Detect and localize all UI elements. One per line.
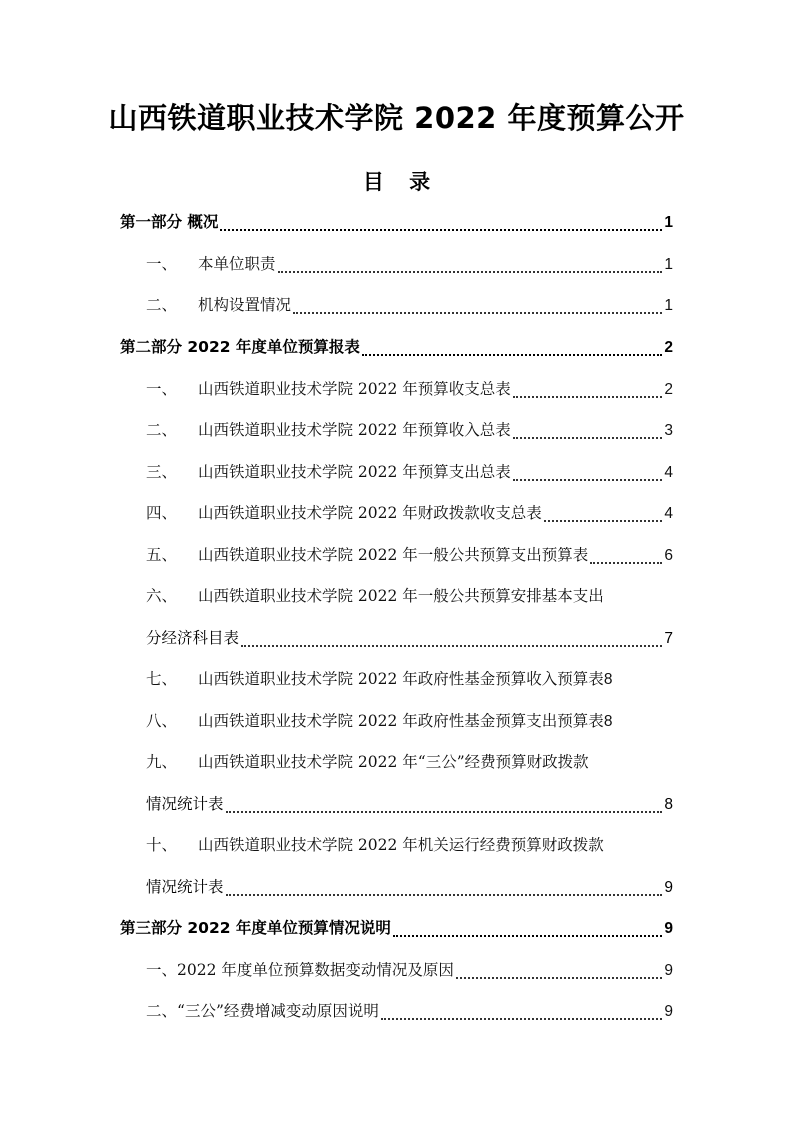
toc-leader-dots	[278, 270, 663, 273]
toc-leader-dots	[590, 561, 662, 564]
toc-entry-p2-item10[interactable]: 十、 山西铁道职业技术学院 2022 年机关运行经费预算财政拨款	[146, 833, 673, 861]
toc-page-number: 2	[664, 381, 673, 399]
toc-entry-number: 二、	[146, 999, 177, 1021]
toc-page-number: 9	[664, 920, 673, 938]
toc-page-number: 8	[604, 671, 613, 689]
toc-entry-text: 山西铁道职业技术学院 2022 年一般公共预算安排基本支出	[198, 584, 604, 606]
toc-entry-p3-item1[interactable]: 一、 2022 年度单位预算数据变动情况及原因 9	[146, 958, 673, 986]
toc-entry-number: 九、	[146, 750, 198, 772]
toc-page-number: 4	[664, 464, 673, 482]
toc-page-number: 8	[664, 796, 673, 814]
toc-entry-p3-item2[interactable]: 二、 “三公”经费增减变动原因说明 9	[146, 999, 673, 1027]
toc-entry-p2-item6[interactable]: 六、 山西铁道职业技术学院 2022 年一般公共预算安排基本支出	[146, 584, 673, 612]
toc-entry-p1-item1[interactable]: 一、 本单位职责 1	[146, 252, 673, 280]
toc-leader-dots	[226, 810, 663, 813]
document-page: 山西铁道职业技术学院 2022 年度预算公开 目 录 第一部分 概况 1 一、 …	[0, 0, 793, 1122]
toc-page-number: 1	[664, 256, 673, 274]
toc-entry-p2-item6-cont[interactable]: 分经济科目表 7	[146, 626, 673, 654]
toc-entry-number: 四、	[146, 501, 198, 523]
toc-entry-text: 机构设置情况	[198, 293, 291, 315]
toc-leader-dots	[544, 519, 663, 522]
toc-entry-text: 山西铁道职业技术学院 2022 年预算支出总表	[198, 460, 511, 482]
toc-leader-dots	[513, 478, 663, 481]
toc-entry-text: 山西铁道职业技术学院 2022 年预算收支总表	[198, 377, 511, 399]
toc-leader-dots	[220, 228, 662, 231]
toc-page-number: 1	[664, 214, 673, 232]
toc-entry-p1-item2[interactable]: 二、 机构设置情况 1	[146, 293, 673, 321]
toc-entry-text: 情况统计表	[146, 875, 224, 897]
toc-entry-number: 一、	[146, 252, 198, 274]
toc-entry-p2-item9[interactable]: 九、 山西铁道职业技术学院 2022 年“三公”经费预算财政拨款	[146, 750, 673, 778]
toc-heading: 目 录	[0, 166, 793, 196]
toc-entry-part3[interactable]: 第三部分 2022 年度单位预算情况说明 9	[120, 916, 673, 944]
toc-leader-dots	[362, 353, 662, 356]
toc-leader-dots	[393, 934, 662, 937]
toc-page-number: 3	[664, 422, 673, 440]
toc-entry-p2-item2[interactable]: 二、 山西铁道职业技术学院 2022 年预算收入总表 3	[146, 418, 673, 446]
toc-leader-dots	[456, 976, 662, 979]
toc-entry-p2-item7[interactable]: 七、 山西铁道职业技术学院 2022 年政府性基金预算收入预算表 8	[146, 667, 673, 695]
toc-entry-part1[interactable]: 第一部分 概况 1	[120, 210, 673, 238]
toc-entry-p2-item8[interactable]: 八、 山西铁道职业技术学院 2022 年政府性基金预算支出预算表 8	[146, 709, 673, 737]
toc-entry-number: 十、	[146, 833, 198, 855]
toc-entry-text: 山西铁道职业技术学院 2022 年“三公”经费预算财政拨款	[198, 750, 589, 772]
toc-entry-text: “三公”经费增减变动原因说明	[177, 999, 379, 1021]
toc-entry-text: 分经济科目表	[146, 626, 239, 648]
toc-page-number: 1	[664, 297, 673, 315]
toc-entry-text: 山西铁道职业技术学院 2022 年政府性基金预算收入预算表	[198, 667, 604, 689]
toc-page-number: 2	[664, 339, 673, 357]
toc-leader-dots	[226, 893, 663, 896]
toc-entry-text: 第三部分 2022 年度单位预算情况说明	[120, 916, 391, 938]
toc-entry-number: 七、	[146, 667, 198, 689]
toc-entry-number: 六、	[146, 584, 198, 606]
toc-entry-p2-item1[interactable]: 一、 山西铁道职业技术学院 2022 年预算收支总表 2	[146, 377, 673, 405]
toc-entry-text: 山西铁道职业技术学院 2022 年政府性基金预算支出预算表	[198, 709, 604, 731]
toc-entry-number: 五、	[146, 543, 198, 565]
toc-entry-part2[interactable]: 第二部分 2022 年度单位预算报表 2	[120, 335, 673, 363]
toc-leader-dots	[241, 644, 662, 647]
document-title: 山西铁道职业技术学院 2022 年度预算公开	[0, 96, 793, 137]
toc-entry-p2-item9-cont[interactable]: 情况统计表 8	[146, 792, 673, 820]
toc-entry-text: 第一部分 概况	[120, 210, 218, 232]
toc-entry-text: 山西铁道职业技术学院 2022 年预算收入总表	[198, 418, 511, 440]
toc-entry-number: 二、	[146, 418, 198, 440]
toc-page-number: 9	[664, 1003, 673, 1021]
toc-leader-dots	[381, 1017, 663, 1020]
toc-entry-text: 山西铁道职业技术学院 2022 年机关运行经费预算财政拨款	[198, 833, 604, 855]
toc-entry-p2-item3[interactable]: 三、 山西铁道职业技术学院 2022 年预算支出总表 4	[146, 460, 673, 488]
toc-page-number: 7	[664, 630, 673, 648]
toc-page-number: 9	[664, 879, 673, 897]
toc-leader-dots	[513, 436, 663, 439]
toc-entry-text: 本单位职责	[198, 252, 276, 274]
toc-page-number: 8	[604, 713, 613, 731]
toc-entry-number: 三、	[146, 460, 198, 482]
toc-entry-p2-item10-cont[interactable]: 情况统计表 9	[146, 875, 673, 903]
toc-page-number: 4	[664, 505, 673, 523]
toc-entry-text: 2022 年度单位预算数据变动情况及原因	[177, 958, 454, 980]
toc-entry-text: 第二部分 2022 年度单位预算报表	[120, 335, 360, 357]
toc-entry-text: 情况统计表	[146, 792, 224, 814]
toc-entry-p2-item5[interactable]: 五、 山西铁道职业技术学院 2022 年一般公共预算支出预算表 6	[146, 543, 673, 571]
toc-entry-number: 一、	[146, 377, 198, 399]
toc-leader-dots	[293, 311, 662, 314]
toc-entry-number: 一、	[146, 958, 177, 980]
toc-entry-p2-item4[interactable]: 四、 山西铁道职业技术学院 2022 年财政拨款收支总表 4	[146, 501, 673, 529]
toc-entry-number: 八、	[146, 709, 198, 731]
toc-page-number: 6	[664, 547, 673, 565]
toc-entry-number: 二、	[146, 293, 198, 315]
toc-entry-text: 山西铁道职业技术学院 2022 年一般公共预算支出预算表	[198, 543, 588, 565]
toc-entry-text: 山西铁道职业技术学院 2022 年财政拨款收支总表	[198, 501, 542, 523]
toc-page-number: 9	[664, 962, 673, 980]
toc-leader-dots	[513, 395, 663, 398]
